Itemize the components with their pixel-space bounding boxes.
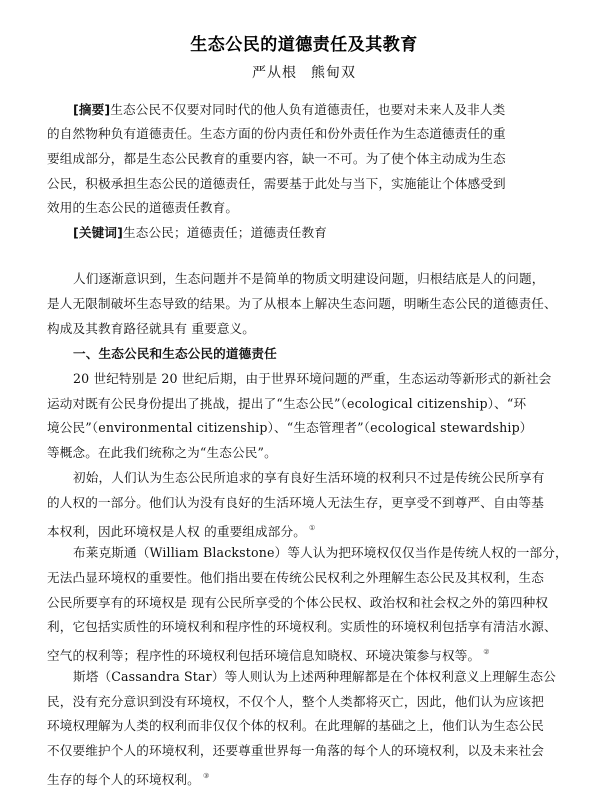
body-line: 利，它包括实质性的环境权利和程序性的环境权利。实质性的环境权利包括享有清洁水源、 bbox=[47, 619, 557, 635]
body-line: 境公民”（environmental citizenship）、“生态管理者”（… bbox=[47, 420, 533, 436]
body-line: 不仅要维护个人的环境权利，还要尊重世界每一角落的每个人的环境权利，以及未来社会 bbox=[47, 743, 544, 759]
abstract-line: 要组成部分，都是生态公民教育的重要内容，缺一不可。为了使个体主动成为生态 bbox=[47, 151, 506, 167]
body-line: 是人无限制破坏生态导致的结果。为了从根本上解决生态问题，明晰生态公民的道德责任、 bbox=[47, 296, 557, 312]
author-list: 严从根熊甸双 bbox=[0, 62, 608, 82]
abstract-line: 公民，积极承担生态公民的道德责任，需要基于此处与当下，实施能让个体感受到 bbox=[47, 176, 506, 192]
section-heading: 一、生态公民和生态公民的道德责任 bbox=[73, 346, 277, 362]
footnote-marker[interactable]: ③ bbox=[203, 772, 209, 780]
abstract-line: [摘要]生态公民不仅要对同时代的他人负有道德责任，也要对未来人及非人类 bbox=[73, 102, 505, 118]
body-line: 空气的权利等；程序性的环境权利包括环境信息知晓权、环境决策参与权等。② bbox=[47, 644, 490, 664]
author-name: 熊甸双 bbox=[311, 65, 356, 81]
body-line: 本权利，因此环境权是人权 的重要组成部分。① bbox=[47, 520, 315, 540]
body-line: 布莱克斯通（William Blackstone）等人认为把环境权仅仅当作是传统… bbox=[73, 545, 568, 561]
body-line: 初始，人们认为生态公民所追求的享有良好生活环境的权利只不过是传统公民所享有 bbox=[73, 470, 545, 486]
body-line: 环境权理解为人类的权利而非仅仅个体的权利。在此理解的基础之上，他们认为生态公民 bbox=[47, 718, 544, 734]
footnote-marker[interactable]: ① bbox=[309, 524, 315, 532]
body-line: 等概念。在此我们统称之为“生态公民”。 bbox=[47, 445, 277, 461]
body-line: 公民所要享有的环境权是 现有公民所享受的个体公民权、政治权和社会权之外的第四种权 bbox=[47, 595, 548, 611]
body-line: 斯塔（Cassandra Star）等人则认为上述两种理解都是在个体权利意义上理… bbox=[73, 669, 556, 685]
abstract-label: [摘要] bbox=[73, 102, 110, 117]
keywords-line: [关键词]生态公民；道德责任；道德责任教育 bbox=[73, 225, 327, 241]
paper-title: 生态公民的道德责任及其教育 bbox=[0, 30, 608, 55]
body-line: 无法凸显环境权的重要性。他们指出要在传统公民权利之外理解生态公民及其权利，生态 bbox=[47, 570, 544, 586]
author-name: 严从根 bbox=[252, 65, 297, 81]
body-line: 的人权的一部分。他们认为没有良好的生活环境人无法生存，更享受不到尊严、自由等基 bbox=[47, 495, 544, 511]
body-line: 20 世纪特别是 20 世纪后期，由于世界环境问题的严重，生态运动等新形式的新社… bbox=[73, 371, 551, 387]
keywords-text: 生态公民；道德责任；道德责任教育 bbox=[123, 225, 327, 240]
body-line: 民，没有充分意识到没有环境权，不仅个人，整个人类都将灭亡，因此，他们认为应该把 bbox=[47, 694, 544, 710]
keywords-label: [关键词] bbox=[73, 225, 123, 240]
body-line: 运动对既有公民身份提出了挑战，提出了“生态公民”（ecological citi… bbox=[47, 396, 526, 412]
body-line: 人们逐渐意识到，生态问题并不是简单的物质文明建设问题，归根结底是人的问题， bbox=[73, 271, 545, 287]
document-page: 生态公民的道德责任及其教育 严从根熊甸双 [摘要]生态公民不仅要对同时代的他人负… bbox=[0, 0, 608, 808]
body-line: 构成及其教育路径就具有 重要意义。 bbox=[47, 321, 255, 337]
body-line: 生存的每个人的环境权利。③ bbox=[47, 768, 209, 788]
abstract-line: 的自然物种负有道德责任。生态方面的份内责任和份外责任作为生态道德责任的重 bbox=[47, 126, 506, 142]
abstract-line: 效用的生态公民的道德责任教育。 bbox=[47, 200, 238, 216]
footnote-marker[interactable]: ② bbox=[483, 648, 489, 656]
